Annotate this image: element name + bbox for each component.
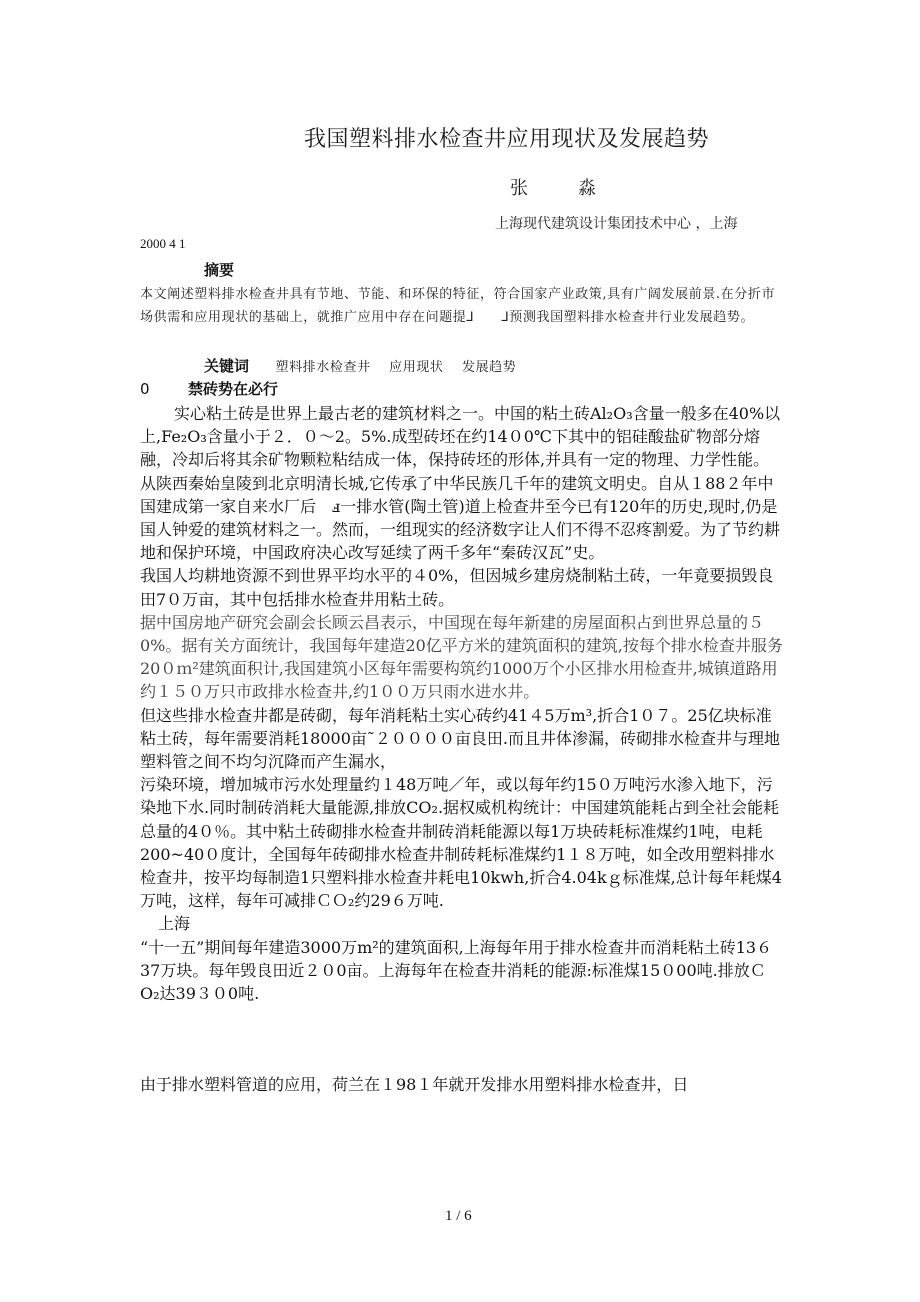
- abstract-text: 本文阐述塑料排水检查井具有节地、节能、和环保的特征，符合国家产业政策,具有广阔发…: [140, 283, 780, 329]
- author-given-name: 淼: [578, 174, 596, 200]
- affiliation: 上海现代建筑设计集团技术中心 ，上海: [495, 213, 737, 233]
- document-page: 我国塑料排水检查井应用现状及发展趋势 张淼 上海现代建筑设计集团技术中心 ，上海…: [0, 0, 920, 1302]
- paragraph: 实心粘土砖是世界上最古老的建筑材料之一。中国的粘土砖Al₂O₃含量一般多在40%…: [140, 402, 785, 564]
- publication-date: 2000 4 1: [140, 236, 186, 252]
- keyword: 应用现状: [389, 360, 443, 375]
- page-number: 1 / 6: [445, 1208, 472, 1225]
- paragraph: 由于排水塑料管道的应用，荷兰在１98１年就开发排水用塑料排水检查井，日: [140, 1073, 785, 1096]
- section-number: 0: [140, 380, 188, 398]
- paragraph-location: 上海: [140, 912, 785, 935]
- document-title: 我国塑料排水检查井应用现状及发展趋势: [304, 122, 709, 153]
- abstract-heading: 摘要: [204, 259, 234, 280]
- keywords-line: 关键词 塑料排水检查井 应用现状 发展趋势: [204, 355, 530, 376]
- spacer: [140, 1005, 785, 1073]
- author-name: 张淼: [510, 174, 596, 200]
- paragraph: “十一五”期间每年建造3000万m²的建筑面积,上海每年用于排水检查井而消耗粘土…: [140, 936, 785, 1006]
- body-text: 实心粘土砖是世界上最古老的建筑材料之一。中国的粘土砖Al₂O₃含量一般多在40%…: [140, 402, 785, 1096]
- paragraph: 但这些排水检查井都是砖砌，每年消耗粘土实心砖约41４5万m³,折合1０７。25亿…: [140, 704, 785, 774]
- keywords-label: 关键词: [204, 357, 249, 375]
- section-title: 禁砖势在必行: [188, 380, 278, 398]
- paragraph: 我国人均耕地资源不到世界平均水平的４0%，但因城乡建房烧制粘土砖，一年竟要损毁良…: [140, 564, 785, 610]
- paragraph: 据中国房地产研究会副会长顾云昌表示，中国现在每年新建的房屋面积占到世界总量的５0…: [140, 611, 785, 704]
- author-surname: 张: [510, 174, 528, 200]
- section-heading: 0禁砖势在必行: [140, 378, 278, 399]
- paragraph: 污染环境，增加城市污水处理量约１48万吨／年，或以每年约15０万吨污水渗入地下，…: [140, 773, 785, 912]
- keyword: 发展趋势: [462, 360, 516, 375]
- keyword: 塑料排水检查井: [275, 360, 370, 375]
